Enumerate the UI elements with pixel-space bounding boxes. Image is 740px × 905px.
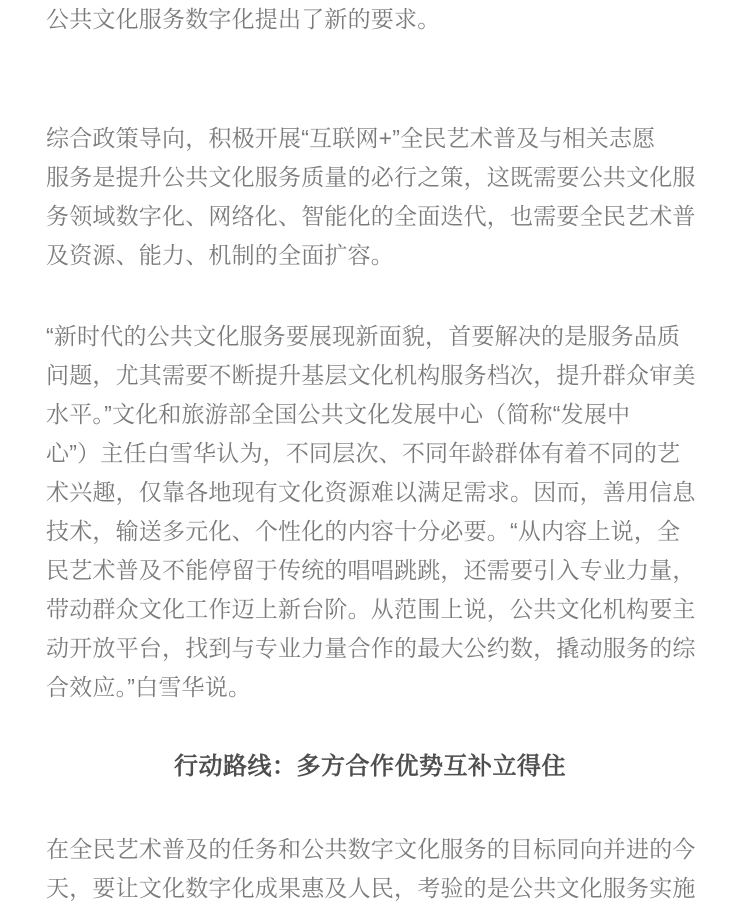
text-line: 带动群众文化工作迈上新台阶。从范围上说，公共文化机构要主 xyxy=(46,590,694,629)
text-line: 务领域数字化、网络化、智能化的全面迭代，也需要全民艺术普 xyxy=(46,197,694,236)
text-line: 在全民艺术普及的任务和公共数字文化服务的目标同向并进的今 xyxy=(46,830,694,869)
text-line: 天，要让文化数字化成果惠及人民，考验的是公共文化服务实施 xyxy=(46,869,694,905)
text-line: 综合政策导向，积极开展“互联网+”全民艺术普及与相关志愿 xyxy=(46,119,694,158)
text-line: 技术，输送多元化、个性化的内容十分必要。“从内容上说，全 xyxy=(46,512,694,551)
paragraph-outlook: 在全民艺术普及的任务和公共数字文化服务的目标同向并进的今 天，要让文化数字化成果… xyxy=(46,830,694,905)
section-heading: 行动路线：多方合作优势互补立得住 xyxy=(46,747,694,786)
text-line: 服务是提升公共文化服务质量的必行之策，这既需要公共文化服 xyxy=(46,158,694,197)
text-line: 民艺术普及不能停留于传统的唱唱跳跳，还需要引入专业力量， xyxy=(46,551,694,590)
text-line: 及资源、能力、机制的全面扩容。 xyxy=(46,236,694,275)
paragraph-quote: “新时代的公共文化服务要展现新面貌，首要解决的是服务品质 问题，尤其需要不断提升… xyxy=(46,317,694,707)
article-body: 公共文化服务数字化提出了新的要求。 综合政策导向，积极开展“互联网+”全民艺术普… xyxy=(0,0,740,905)
text-line: 心”）主任白雪华认为，不同层次、不同年龄群体有着不同的艺 xyxy=(46,434,694,473)
text-line: 动开放平台，找到与专业力量合作的最大公约数，撬动服务的综 xyxy=(46,629,694,668)
text-line: 公共文化服务数字化提出了新的要求。 xyxy=(46,0,694,39)
text-line: “新时代的公共文化服务要展现新面貌，首要解决的是服务品质 xyxy=(46,317,694,356)
paragraph-policy: 综合政策导向，积极开展“互联网+”全民艺术普及与相关志愿 服务是提升公共文化服务… xyxy=(46,119,694,275)
text-line: 合效应。”白雪华说。 xyxy=(46,668,694,707)
text-line: 水平。”文化和旅游部全国公共文化发展中心（简称“发展中 xyxy=(46,395,694,434)
text-line: 术兴趣，仅靠各地现有文化资源难以满足需求。因而，善用信息 xyxy=(46,473,694,512)
paragraph-fragment: 公共文化服务数字化提出了新的要求。 xyxy=(46,0,694,39)
text-line: 问题，尤其需要不断提升基层文化机构服务档次，提升群众审美 xyxy=(46,356,694,395)
